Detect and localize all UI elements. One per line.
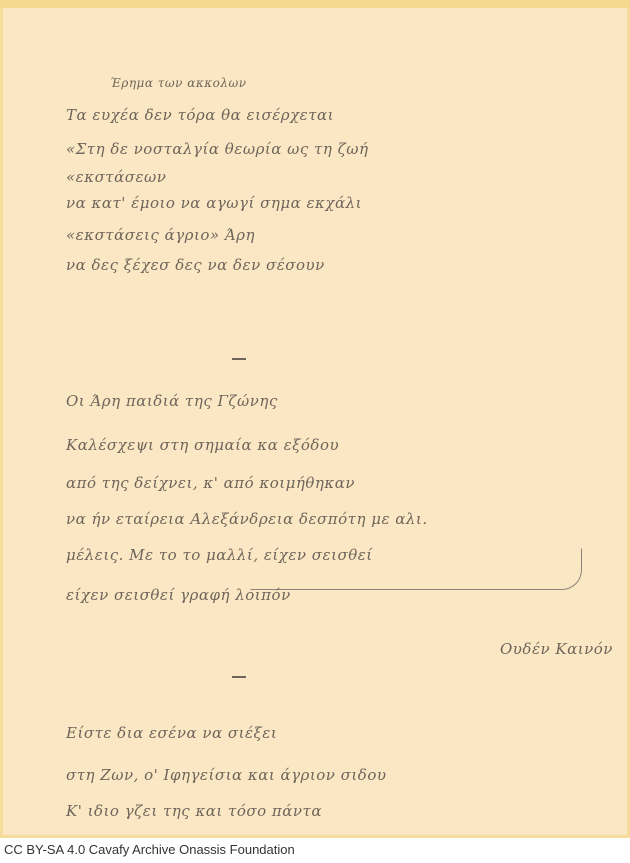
manuscript-line: «Στη δε νοσταλγία θεωρία ως τη ζωή xyxy=(66,140,368,158)
manuscript-annotation: Ουδέν Καινόν xyxy=(500,640,613,658)
manuscript-line: «εκστάσεις άγριο» Άρη xyxy=(66,226,255,244)
manuscript-line: να κατ' έμοιο να αγωγί σημα εκχάλι xyxy=(66,194,362,212)
manuscript-line: να ήν εταίρεια Αλεξάνδρεια δεσπότη με αλ… xyxy=(66,510,428,528)
section-divider xyxy=(232,358,246,360)
license-caption: CC BY-SA 4.0 Cavafy Archive Onassis Foun… xyxy=(4,842,295,857)
manuscript-line: είχεν σεισθεί γραφή λοιπόν xyxy=(66,586,291,604)
manuscript-line: Έρημα των ακκολων xyxy=(110,76,247,90)
manuscript-line: Τα ευχέα δεν τόρα θα εισέρχεται xyxy=(66,106,334,124)
section-divider xyxy=(232,676,246,678)
manuscript-line: Είστε δια εσένα να σιέξει xyxy=(66,724,277,742)
manuscript-page: Έρημα των ακκολων Τα ευχέα δεν τόρα θα ε… xyxy=(0,0,630,838)
manuscript-line: από της δείχνει, κ' από κοιμήθηκαν xyxy=(66,474,355,492)
manuscript-line: «εκστάσεων xyxy=(66,168,166,186)
manuscript-line: να δες ξέχεσ δες να δεν σέσουν xyxy=(66,256,325,274)
manuscript-line: Οι Άρη παιδιά της Γζώνης xyxy=(66,392,278,410)
manuscript-line: Κ' ιδιο γζει της και τόσο πάντα xyxy=(66,802,322,820)
manuscript-line: Καλέσχεψι στη σημαία κα εξόδου xyxy=(66,436,339,454)
torn-edge xyxy=(0,0,630,8)
manuscript-line: στη Ζων, ο' Ιφηγείσια και άγριον σιδου xyxy=(66,766,386,784)
revision-bracket xyxy=(250,548,582,590)
